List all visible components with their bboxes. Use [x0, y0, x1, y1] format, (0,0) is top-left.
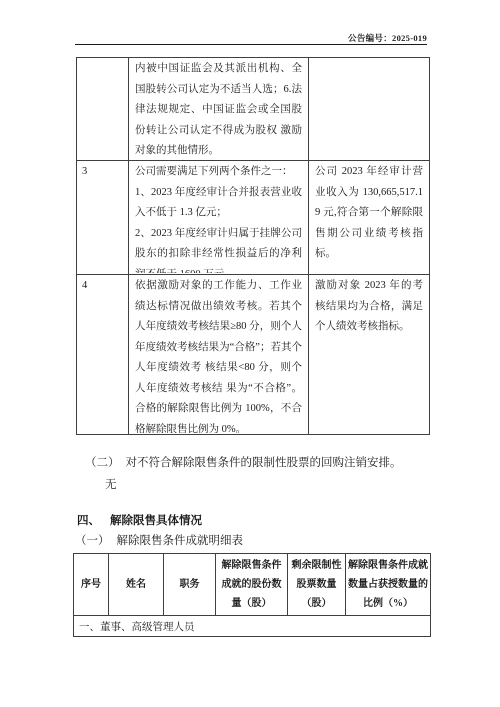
section-item-2: （二） 对不符合解除限售条件的限制性股票的回购注销安排。	[85, 457, 402, 470]
section-item-2-answer: 无	[105, 479, 117, 492]
row-number-cell: 3	[77, 161, 129, 275]
section-item-1: （一） 解除限售条件成就明细表	[75, 535, 243, 548]
section-4-title: 解除限售具体情况	[110, 515, 202, 528]
column-header-remaining-shares: 剩余限制性股票数量（股）	[288, 554, 346, 616]
fulfillment-cell: 公司 2023 年经审计营业收入为 130,665,517.19 元,符合第一个…	[309, 161, 430, 275]
column-header-shares-released: 解除限售条件成就的股份数量（股）	[216, 554, 288, 616]
announcement-page: 公告编号：2025-019 内被中国证监会及其派出机构、全国股转公司认定为不适当…	[0, 0, 500, 707]
fulfillment-cell	[309, 58, 430, 161]
condition-cell: 内被中国证监会及其派出机构、全国股转公司认定为不适当人选；6.法律法规规定、中国…	[129, 58, 309, 161]
section-item-1-label: （一）	[75, 535, 110, 548]
announcement-number: 公告编号：2025-019	[348, 32, 427, 44]
fulfillment-text: 激励对象 2023 年的考核结果均为合格，满足个人绩效考核指标。	[315, 276, 423, 338]
fulfillment-cell: 激励对象 2023 年的考核结果均为合格，满足个人绩效考核指标。	[309, 275, 430, 435]
section-4-heading: 四、 解除限售具体情况	[77, 515, 202, 528]
condition-text: 依据激励对象的工作能力、工作业绩达标情况做出绩效考核。若其个人年度绩效考核结果≥…	[135, 276, 302, 433]
condition-row-3: 3 公司需要满足下列两个条件之一： 1、2023 年度经审计合并报表营业收入不低…	[77, 161, 430, 275]
fulfillment-text: 公司 2023 年经审计营业收入为 130,665,517.19 元,符合第一个…	[315, 162, 423, 265]
category-row-label: 一、董事、高级管理人员	[74, 616, 431, 637]
header-rule-divider	[75, 44, 427, 45]
column-header-position: 职务	[164, 554, 216, 616]
section-item-2-label: （二）	[85, 457, 120, 470]
condition-cell: 公司需要满足下列两个条件之一： 1、2023 年度经审计合并报表营业收入不低于 …	[129, 161, 309, 275]
condition-row-4: 4 依据激励对象的工作能力、工作业绩达标情况做出绩效考核。若其个人年度绩效考核结…	[77, 275, 430, 435]
release-conditions-table: 内被中国证监会及其派出机构、全国股转公司认定为不适当人选；6.法律法规规定、中国…	[76, 57, 429, 435]
row-number-cell: 4	[77, 275, 129, 435]
column-header-index: 序号	[74, 554, 109, 616]
row-number-cell	[77, 58, 129, 161]
detail-header-row: 序号 姓名 职务 解除限售条件成就的股份数量（股） 剩余限制性股票数量（股） 解…	[74, 554, 431, 616]
section-item-2-text: 对不符合解除限售条件的限制性股票的回购注销安排。	[126, 457, 402, 470]
condition-cell: 依据激励对象的工作能力、工作业绩达标情况做出绩效考核。若其个人年度绩效考核结果≥…	[129, 275, 309, 435]
condition-row-continued: 内被中国证监会及其派出机构、全国股转公司认定为不适当人选；6.法律法规规定、中国…	[77, 58, 430, 161]
condition-text: 公司需要满足下列两个条件之一： 1、2023 年度经审计合并报表营业收入不低于 …	[135, 162, 302, 273]
section-item-1-text: 解除限售条件成就明细表	[117, 535, 244, 548]
release-detail-table: 序号 姓名 职务 解除限售条件成就的股份数量（股） 剩余限制性股票数量（股） 解…	[73, 553, 430, 637]
category-row: 一、董事、高级管理人员	[74, 616, 431, 637]
column-header-name: 姓名	[109, 554, 164, 616]
column-header-release-ratio: 解除限售条件成就数量占获授数量的比例（%）	[346, 554, 431, 616]
condition-text: 内被中国证监会及其派出机构、全国股转公司认定为不适当人选；6.法律法规规定、中国…	[135, 59, 302, 159]
section-4-number: 四、	[77, 515, 110, 528]
